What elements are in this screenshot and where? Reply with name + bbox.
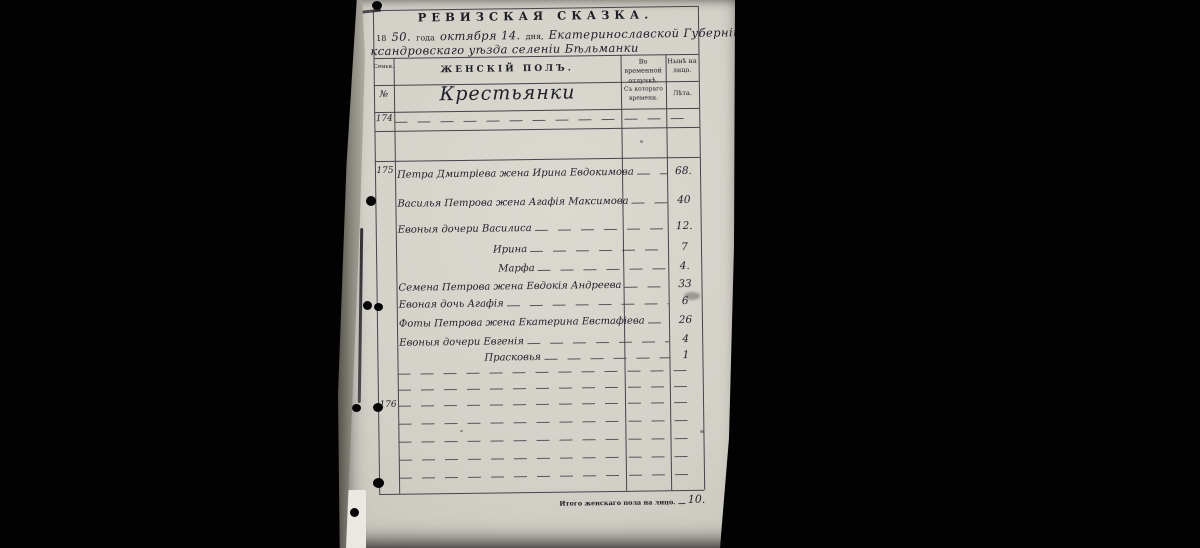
person-name: Прасковья [482, 352, 544, 365]
person-name: Ирина [491, 244, 530, 257]
row-rule [374, 127, 699, 132]
ruled-dash-fill [625, 286, 669, 288]
ink-smudge [684, 292, 700, 300]
family-number: 174 [374, 114, 394, 124]
census-entry-row: Ирина 7 [396, 238, 668, 258]
frame-left-rule [373, 10, 380, 494]
estate-handwritten: Крестьянки [394, 81, 621, 106]
binding-hole [366, 196, 376, 206]
person-age: 33 [668, 278, 701, 290]
ruled-dash-fill [648, 322, 669, 323]
binding-hole [363, 301, 372, 310]
ruled-dash-fill [535, 228, 668, 231]
person-age: 40 [667, 194, 700, 206]
empty-ruled-line [399, 438, 696, 443]
column-header-family: Семьи. [374, 64, 394, 70]
person-name: Фоты Петрова жена Екатерина Евстафіева [397, 316, 648, 331]
person-name: Евоныя дочери Василиса [396, 223, 535, 237]
empty-ruled-line [399, 456, 696, 461]
paper-speck [460, 430, 463, 432]
empty-ruled-line [398, 370, 695, 375]
paper-speck [640, 140, 643, 143]
scan-background: РЕВИЗСКАЯ СКАЗКА. 18 50. года октября 14… [0, 0, 1200, 548]
empty-ruled-line [398, 386, 695, 391]
person-age: 68. [667, 165, 700, 177]
binding-hole [373, 403, 383, 412]
table-frame: РЕВИЗСКАЯ СКАЗКА. 18 50. года октября 14… [340, 0, 747, 548]
person-name: Евоная дочь Агафія [397, 298, 507, 311]
ruled-dash-fill [637, 173, 667, 174]
column-header-present: Нынѣ на лицо. [667, 57, 698, 76]
census-entry-row: Прасковья 1 [397, 346, 669, 366]
person-age: 4 [669, 333, 702, 345]
empty-ruled-line [399, 474, 696, 479]
column-header-family-no: № [374, 90, 394, 100]
empty-ruled-line [394, 118, 691, 123]
ruled-dash-fill [527, 341, 669, 344]
person-age: 1 [669, 349, 702, 361]
census-entry-row: Фоты Петрова жена Екатерина Евстафіева 2… [397, 311, 669, 331]
row-rule [375, 157, 700, 162]
place-handwritten-2: ксандровскаго уѣзда селеніи Бѣльманки [370, 41, 639, 59]
person-age: 7 [668, 241, 701, 253]
ruled-dash-fill [632, 202, 668, 203]
empty-ruled-line [398, 402, 695, 407]
binding-hole [373, 478, 384, 488]
column-header-sex: ЖЕНСКІЙ ПОЛЪ. [394, 63, 621, 76]
census-entry-row: Евоныя дочери Василиса 12. [396, 217, 668, 237]
binding-hole [372, 1, 382, 10]
document-page: РЕВИЗСКАЯ СКАЗКА. 18 50. года октября 14… [340, 0, 740, 548]
empty-ruled-line [398, 420, 695, 425]
binding-hole [374, 303, 383, 311]
person-name: Василья Петрова жена Агафія Максимова [395, 196, 631, 211]
total-value: 10. [685, 493, 706, 506]
binding-hole [350, 508, 359, 517]
person-name: Марфа [496, 263, 538, 276]
person-age: 26 [669, 314, 702, 326]
ruled-dash-fill [544, 357, 669, 360]
census-entry-row: Марфа 4. [396, 257, 668, 277]
person-age: 12. [668, 220, 701, 232]
census-entry-row: Василья Петрова жена Агафія Максимова 40 [395, 191, 667, 211]
total-label: Итого женскаго пола на лицо. [559, 498, 678, 508]
ruled-dash-fill [507, 303, 669, 306]
binding-hole [352, 404, 361, 412]
date-line-2: ксандровскаго уѣзда селеніи Бѣльманки [370, 36, 700, 59]
person-name: Петра Дмитріева жена Ирина Евдокимова [395, 167, 637, 182]
ruled-dash-fill [538, 268, 669, 271]
column-header-absence: Во временной отлучкѣ. [622, 57, 665, 86]
paper-speck [700, 430, 704, 433]
census-entry-row: Евоная дочь Агафія 6 [397, 292, 669, 312]
header-bottom-rule [374, 108, 699, 113]
family-number: 175 [375, 166, 395, 176]
person-age: 4. [668, 260, 701, 272]
census-entry-row: Петра Дмитріева жена Ирина Евдокимова 68… [395, 162, 667, 182]
ruled-dash-fill [530, 249, 668, 252]
column-header-age: Лѣта. [667, 89, 698, 99]
total-line: Итого женскаго пола на лицо. 10. [559, 493, 705, 508]
column-header-absence-sub: Съ котораго времени. [622, 85, 665, 103]
